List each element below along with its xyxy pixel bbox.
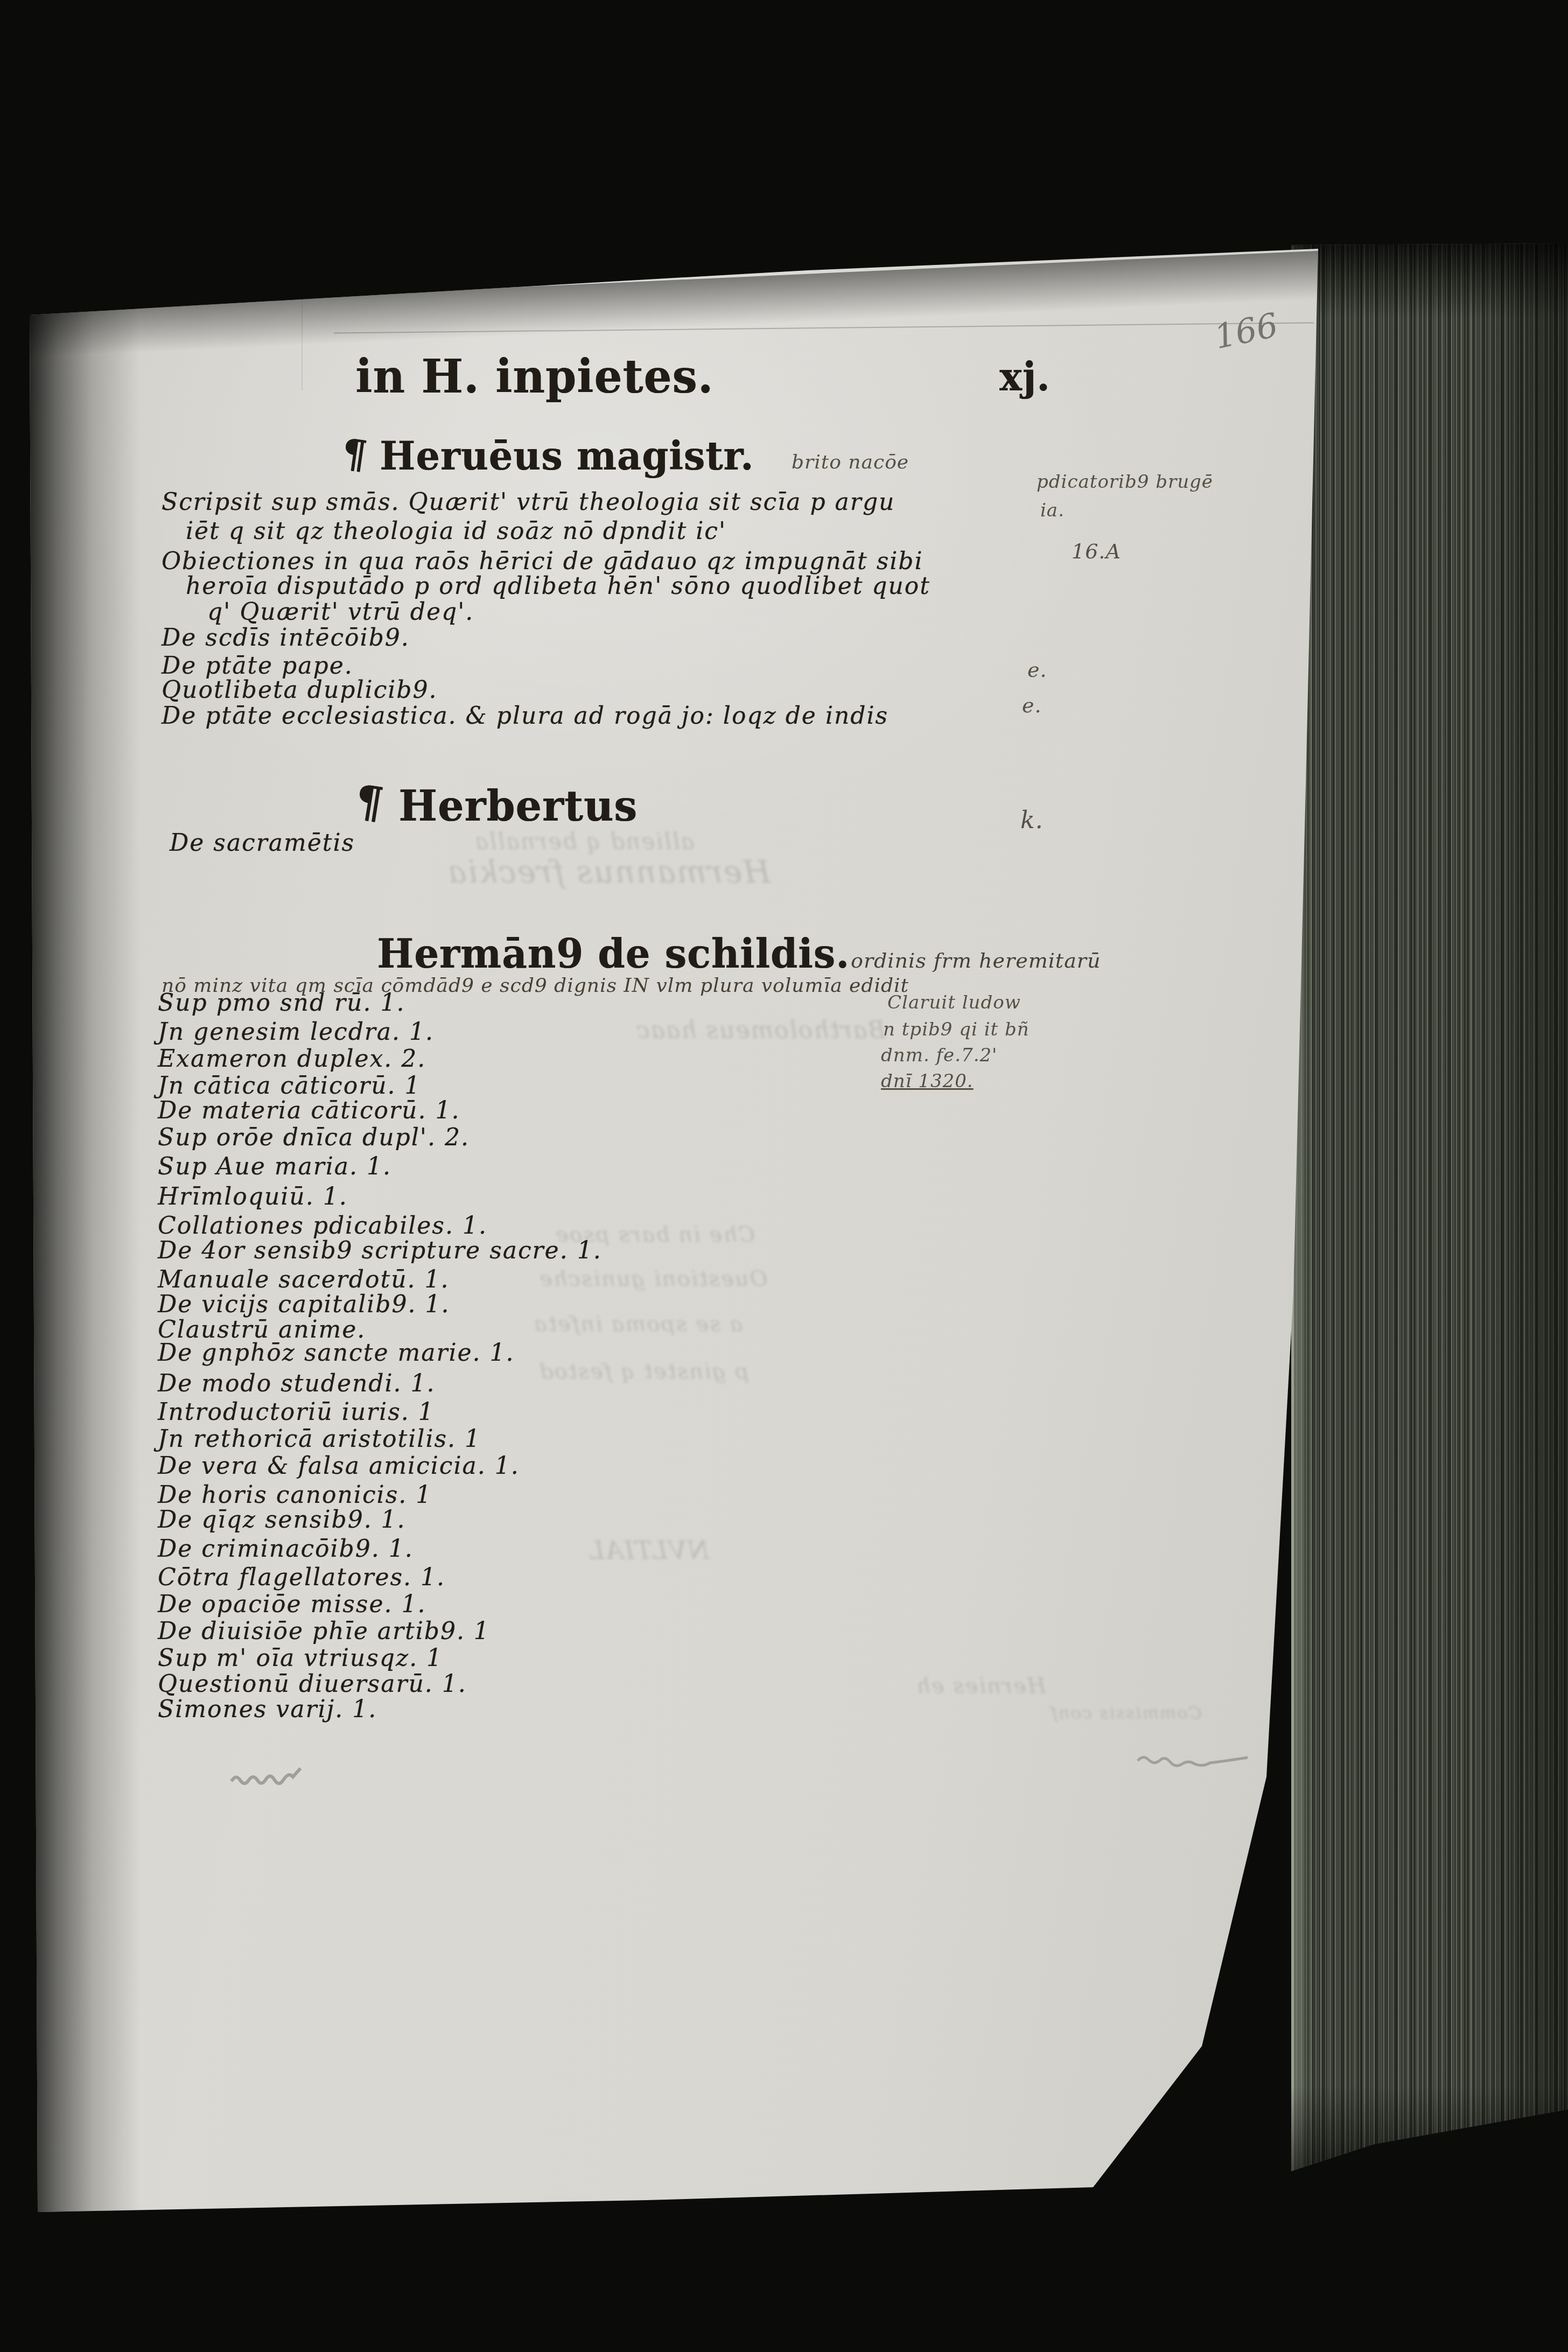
- bleedthrough-text: alliend q bernalla: [474, 828, 695, 855]
- bleedthrough-text: p ginstet q festod: [538, 1359, 749, 1384]
- herman-work: Sup orōe dnīca dupl'. 2.: [158, 1124, 470, 1151]
- herman-heading: Hermān9 de schildis.: [377, 929, 850, 977]
- herman-work: De criminacōib9. 1.: [158, 1535, 414, 1563]
- claruit-note-line: n tpib9 qi it bñ: [883, 1019, 1030, 1040]
- herbertus-pilcrow: ¶: [352, 775, 387, 829]
- faded-scribble: [229, 1765, 315, 1792]
- bleedthrough-text: Bartholomeus haac: [635, 1017, 886, 1044]
- hervetus-heading: Heruēus magistr.: [380, 432, 754, 479]
- hervetus-line: iēt q sit qz theologia id soāz nō dpndit…: [186, 517, 726, 545]
- running-head: in H. inpietes.: [355, 350, 713, 404]
- herman-work: Jn rethoricā aristotilis. 1: [158, 1425, 481, 1453]
- herman-work: Collationes pdicabiles. 1.: [158, 1212, 487, 1240]
- herman-work: Sup m' oīa vtriusqz. 1: [158, 1644, 443, 1672]
- hervetus-line: Obiectiones in qua raōs hērici de gādauo…: [162, 548, 923, 575]
- claruit-note-line: dnī 1320.: [881, 1070, 974, 1092]
- herman-work: Simones varij. 1.: [158, 1696, 377, 1723]
- claruit-note-line: Claruit ludow: [887, 992, 1021, 1013]
- margin-note: 16.A: [1072, 540, 1121, 563]
- herman-work: De opaciōe misse. 1.: [158, 1591, 426, 1618]
- herman-work: Sup Aue maria. 1.: [158, 1153, 391, 1180]
- bleedthrough-text: Che in bars psoe: [555, 1222, 755, 1247]
- margin-note: pdicatorib9 brugē: [1037, 471, 1213, 493]
- herman-work: De 4or sensib9 scripture sacre. 1.: [158, 1237, 602, 1264]
- paper-crease: [302, 272, 303, 390]
- herman-work: De vera & falsa amicicia. 1.: [158, 1452, 520, 1480]
- herman-work: De gnphōz sancte marie. 1.: [158, 1339, 515, 1367]
- herman-work: De horis canonicis. 1: [158, 1481, 432, 1509]
- photograph-of-manuscript-page: 166 in H. inpietes. xj. ¶ Heruēus magist…: [0, 0, 1568, 2352]
- hervetus-line: q' Quærit' vtrū deq'.: [207, 598, 474, 626]
- herman-work: De qīqz sensib9. 1.: [158, 1506, 406, 1534]
- herman-work: Exameron duplex. 2.: [158, 1045, 426, 1073]
- herman-work: Jn genesim lecdra. 1.: [158, 1018, 434, 1046]
- claruit-note-line: dnm. fe.7.2': [881, 1045, 997, 1066]
- hervetus-work: De ptāte pape.: [162, 652, 353, 680]
- bleedthrough-text: Commissis conf: [1050, 1703, 1202, 1723]
- herman-work: Jn cātica cāticorū. 1: [158, 1072, 421, 1100]
- herman-work: Introductoriū iuris. 1: [158, 1398, 435, 1426]
- gutter-shadow: [22, 291, 140, 2229]
- herman-work: De modo studendi. 1.: [158, 1370, 436, 1397]
- bleedthrough-text: Ouestioni gunische: [538, 1266, 767, 1291]
- hervetus-heading-note: brito nacōe: [792, 451, 909, 473]
- bleedthrough-text: Hermannus freckia: [447, 853, 771, 890]
- bleedthrough-text: a se spoma infeta: [533, 1312, 743, 1336]
- herman-work: De diuisiōe phīe artib9. 1: [158, 1618, 490, 1645]
- herman-work: Hrīmloquiū. 1.: [158, 1183, 348, 1210]
- margin-note: e.: [1027, 658, 1047, 682]
- top-edge-shadow: [22, 250, 1326, 358]
- bleedthrough-text: NVLTIAL: [587, 1536, 709, 1565]
- folio-number-pencil: 166: [1211, 305, 1282, 356]
- margin-note: ia.: [1040, 500, 1065, 521]
- quire-mark: xj.: [999, 353, 1050, 400]
- herman-work: Sup pmo snd rū. 1.: [158, 989, 405, 1017]
- herbertus-work: De sacramētis: [170, 829, 355, 857]
- hervetus-pilcrow: ¶: [339, 429, 370, 478]
- margin-note: e.: [1022, 694, 1042, 717]
- hervetus-work: De scdīs intēcōib9.: [162, 624, 410, 652]
- hervetus-work: De ptāte ecclesiastica. & plura ad rogā …: [162, 702, 888, 730]
- herman-work: De materia cāticorū. 1.: [158, 1097, 460, 1124]
- hervetus-line: heroīa disputādo p ord qdlibeta hēn' sōn…: [186, 572, 930, 600]
- bleedthrough-text: Hernies eh: [915, 1674, 1046, 1698]
- hervetus-line: Scripsit sup smās. Quærit' vtrū theologi…: [162, 488, 895, 516]
- herman-work: Manuale sacerdotū. 1.: [158, 1266, 449, 1293]
- herman-work: Cōtra flagellatores. 1.: [158, 1564, 445, 1591]
- book-fore-edge: [1291, 243, 1568, 2171]
- herbertus-margin-note: k.: [1020, 807, 1044, 834]
- herman-work: De vicijs capitalib9. 1.: [158, 1291, 450, 1318]
- herman-work: Questionū diuersarū. 1.: [158, 1670, 467, 1698]
- faded-scribble: [1133, 1749, 1252, 1781]
- herman-heading-note: ordinis frm heremitarū: [851, 949, 1101, 972]
- herbertus-heading: Herbertus: [398, 781, 638, 831]
- hervetus-work: Quotlibeta duplicib9.: [162, 676, 438, 704]
